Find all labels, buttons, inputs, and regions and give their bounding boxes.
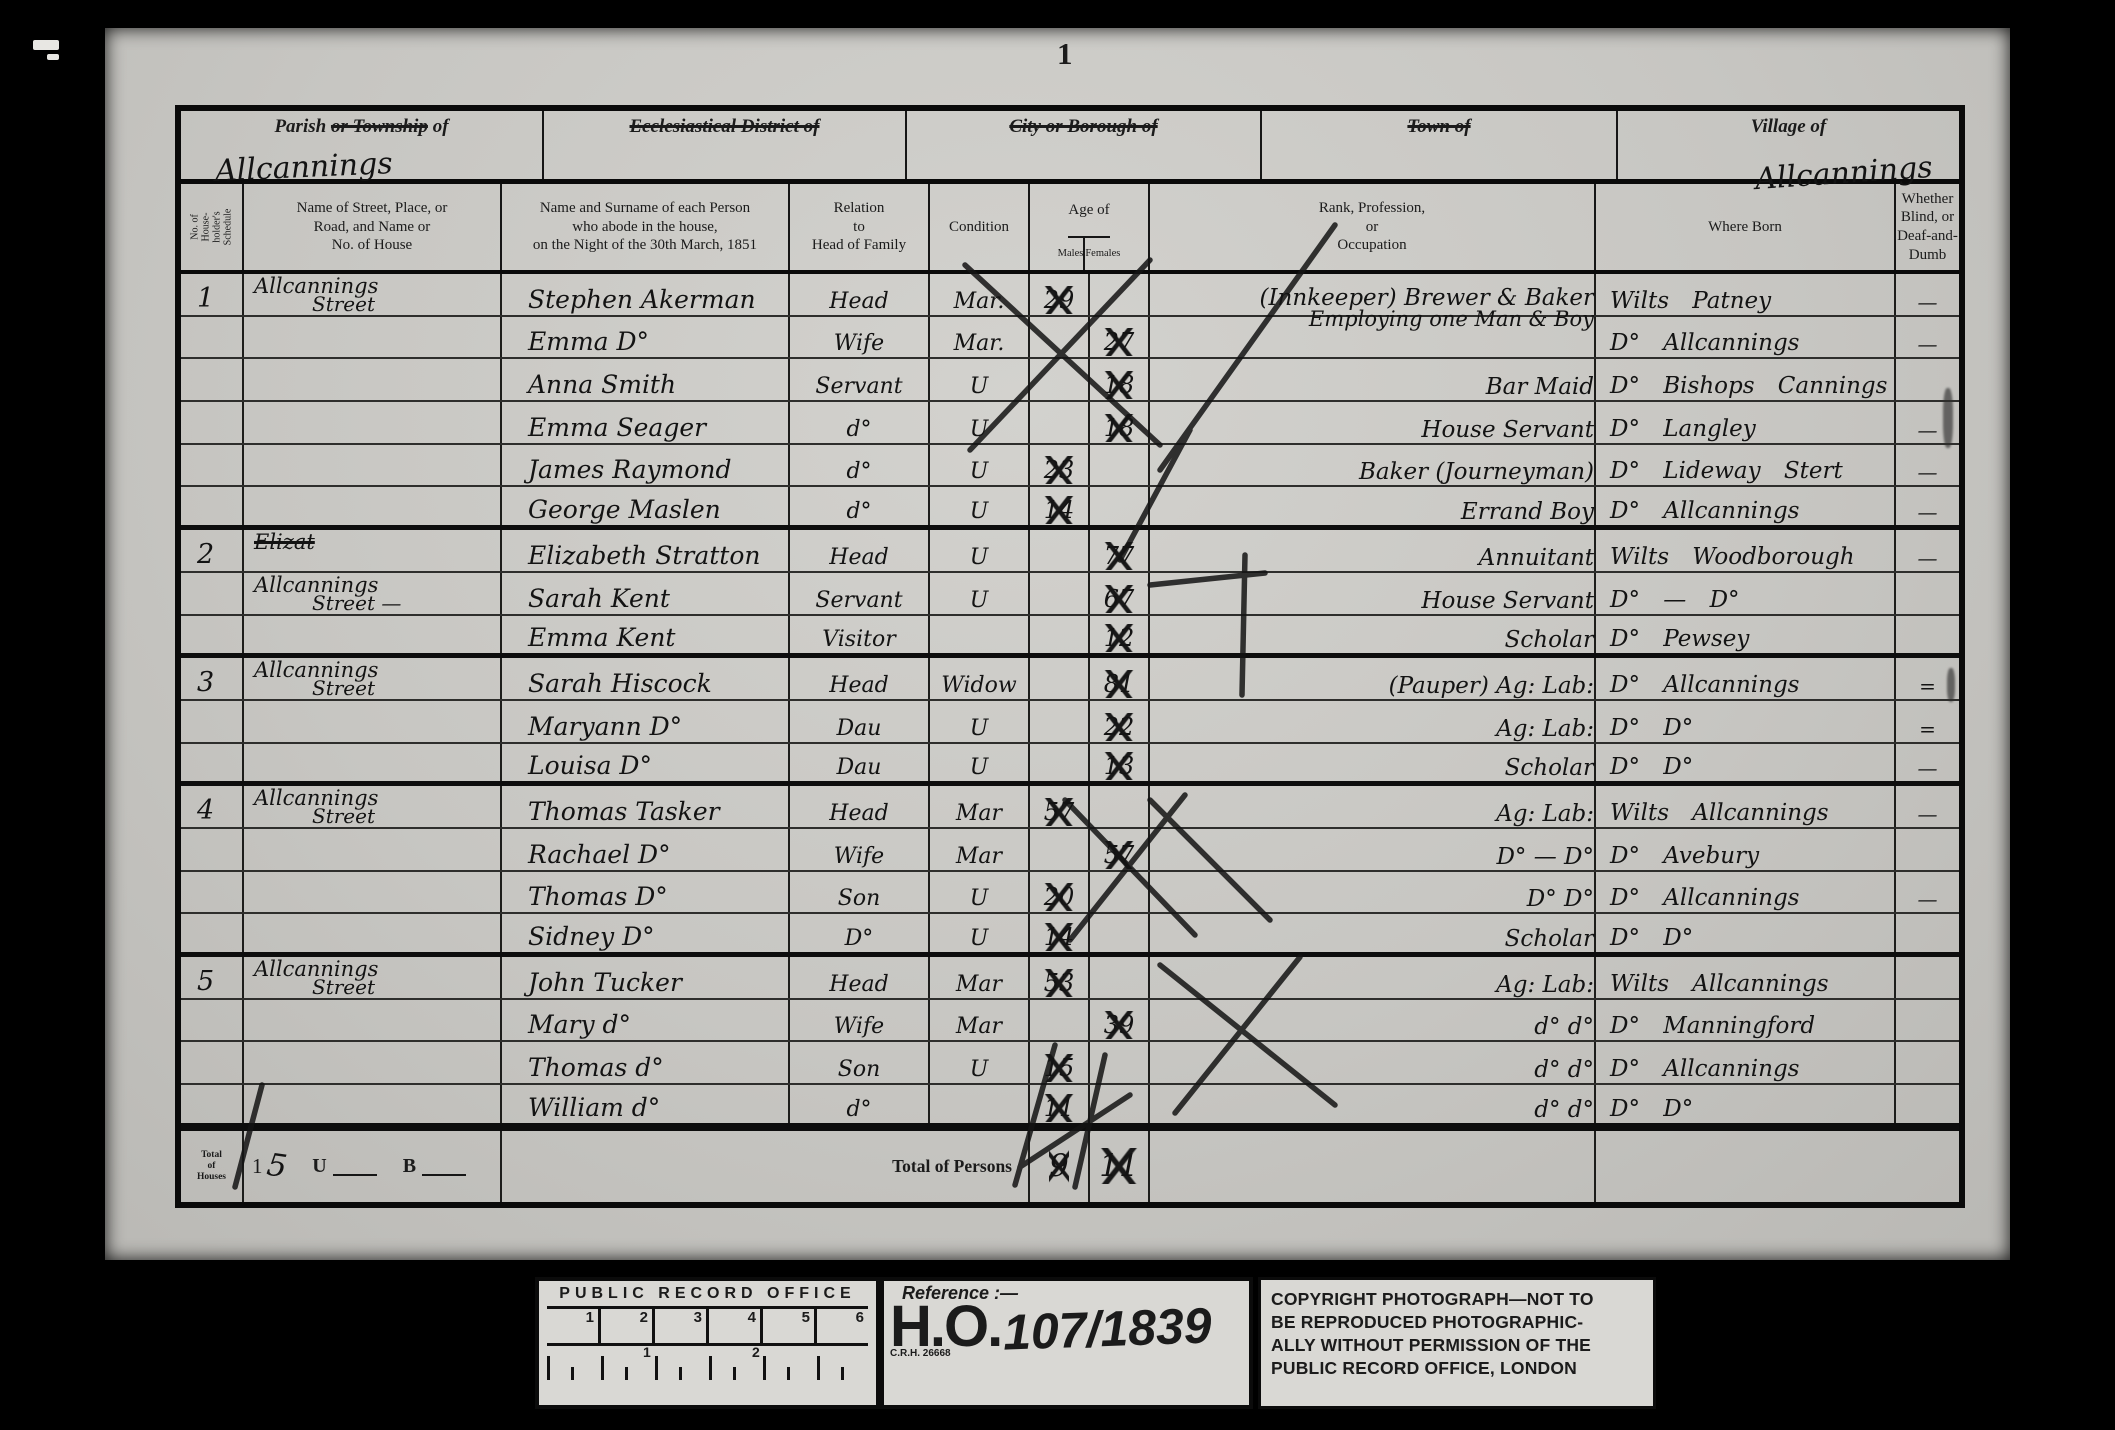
copyright-line-2: BE REPRODUCED PHOTOGRAPHIC- bbox=[1271, 1311, 1643, 1334]
blind-column-mark: = bbox=[1919, 674, 1936, 698]
relation-value: Servant bbox=[815, 374, 902, 399]
where-born-value: Wilts Patney bbox=[1596, 288, 1771, 314]
cell-schedule bbox=[181, 359, 244, 400]
cell-where-born: D° Manningford bbox=[1596, 1000, 1896, 1041]
cell-age-male bbox=[1030, 1000, 1090, 1041]
cell-relation: Dau bbox=[790, 744, 930, 782]
person-name: Thomas Tasker bbox=[502, 797, 720, 826]
cell-relation: Visitor bbox=[790, 616, 930, 654]
age-of-label: Age of bbox=[1068, 184, 1109, 238]
cell-schedule bbox=[181, 402, 244, 443]
blind-column-mark: — bbox=[1918, 460, 1938, 484]
person-name: James Raymond bbox=[502, 455, 732, 484]
cell-schedule bbox=[181, 829, 244, 870]
occupation-value: Scholar bbox=[1505, 756, 1594, 780]
cell-occupation: Ag: Lab: bbox=[1150, 701, 1596, 742]
cell-condition: Widow bbox=[930, 658, 1030, 699]
ruler-inch-number: 4 bbox=[748, 1309, 756, 1326]
occupation-value: D° D° bbox=[1527, 887, 1594, 911]
condition-value: U bbox=[970, 545, 989, 570]
relation-value: Visitor bbox=[822, 627, 895, 652]
reference-number: 107/1839 bbox=[1002, 1300, 1212, 1357]
occupation-value: (Pauper) Ag: Lab: bbox=[1389, 674, 1594, 698]
cell-where-born: D° D° bbox=[1596, 744, 1896, 782]
cell-schedule bbox=[181, 1085, 244, 1123]
uninhabited-label: U bbox=[312, 1155, 326, 1178]
condition-value: U bbox=[970, 588, 989, 613]
age-female-value: 12 bbox=[1101, 624, 1138, 652]
where-born-value: D° Allcannings bbox=[1596, 498, 1800, 524]
cell-schedule bbox=[181, 914, 244, 952]
cell-where-born: D° Bishops Cannings bbox=[1596, 359, 1896, 400]
cell-occupation: Scholar bbox=[1150, 914, 1596, 952]
cell-person-name: Emma Seager bbox=[502, 402, 790, 443]
cell-age-female bbox=[1090, 957, 1150, 998]
cell-blind: — bbox=[1896, 317, 1959, 358]
parish-label-post: of bbox=[433, 116, 449, 137]
city-label: City or Borough of bbox=[907, 116, 1260, 138]
cell-street bbox=[244, 744, 502, 782]
condition-value: Mar bbox=[956, 844, 1002, 869]
cell-age-male bbox=[1030, 616, 1090, 654]
age-female-value: 57 bbox=[1101, 841, 1138, 869]
cell-where-born: D° Lideway Stert bbox=[1596, 445, 1896, 486]
cell-age-male: 53 bbox=[1030, 957, 1090, 998]
cell-blind bbox=[1896, 573, 1959, 614]
relation-value: Head bbox=[829, 972, 888, 997]
census-row: 2ElizatElizabeth StrattonHeadU77Annuitan… bbox=[181, 530, 1959, 573]
cell-condition: U bbox=[930, 701, 1030, 742]
person-name: William d° bbox=[502, 1093, 660, 1122]
occupation-value: House Servant bbox=[1421, 589, 1594, 613]
col-header-person: Name and Surname of each Person who abod… bbox=[502, 184, 790, 270]
cell-where-born: D° Avebury bbox=[1596, 829, 1896, 870]
occupation-value: Scholar bbox=[1505, 628, 1594, 652]
where-born-value: D° D° bbox=[1596, 715, 1693, 741]
cell-age-female bbox=[1090, 1042, 1150, 1083]
cell-person-name: Emma Kent bbox=[502, 616, 790, 654]
scan-speck bbox=[33, 40, 59, 50]
col-header-born: Where Born bbox=[1596, 184, 1896, 270]
person-name: Elizabeth Stratton bbox=[502, 541, 760, 570]
cell-blind: — bbox=[1896, 744, 1959, 782]
person-name: Mary d° bbox=[502, 1010, 631, 1039]
condition-value: U bbox=[970, 1057, 989, 1082]
cell-street: AllcanningsStreet — bbox=[244, 573, 502, 614]
blind-column-mark: — bbox=[1918, 290, 1938, 314]
condition-value: Mar. bbox=[954, 331, 1005, 356]
males-label: Males bbox=[1058, 238, 1086, 270]
cell-schedule bbox=[181, 701, 244, 742]
scan-speck bbox=[47, 54, 59, 60]
where-born-value: D° Allcannings bbox=[1596, 330, 1800, 356]
cell-condition: U bbox=[930, 872, 1030, 913]
cell-person-name: Stephen Akerman bbox=[502, 274, 790, 315]
cell-street bbox=[244, 829, 502, 870]
ruler-inch-number: 2 bbox=[640, 1309, 648, 1326]
occupation-value-line2: Employing one Man & Boy bbox=[1309, 310, 1594, 328]
occupation-value: d° d° bbox=[1534, 1058, 1594, 1082]
col-header-schedule: No. of House- holder's Schedule bbox=[181, 184, 244, 270]
total-persons-label: Total of Persons bbox=[502, 1131, 1030, 1202]
ruler-inches: 123456 bbox=[547, 1306, 868, 1346]
where-born-value: D° Manningford bbox=[1596, 1013, 1815, 1039]
col-header-rank: Rank, Profession, or Occupation bbox=[1150, 184, 1596, 270]
relation-value: Son bbox=[838, 886, 881, 911]
person-name: Louisa D° bbox=[502, 751, 652, 780]
cell-where-born: D° — D° bbox=[1596, 573, 1896, 614]
col-header-relation: Relation to Head of Family bbox=[790, 184, 930, 270]
where-born-value: D° Allcannings bbox=[1596, 885, 1800, 911]
occupation-value: Ag: Lab: bbox=[1496, 973, 1594, 997]
cell-street bbox=[244, 359, 502, 400]
cell-age-female bbox=[1090, 487, 1150, 525]
census-row: Thomas D°SonU20D° D°D° Allcannings— bbox=[181, 872, 1959, 915]
building-blank-line bbox=[422, 1156, 466, 1176]
ruler-inch-cell: 1 bbox=[547, 1309, 601, 1343]
cell-age-male: 20 bbox=[1030, 872, 1090, 913]
ruler-inch-cell: 4 bbox=[709, 1309, 763, 1343]
cell-age-female: 27 bbox=[1090, 317, 1150, 358]
relation-value: Wife bbox=[834, 331, 884, 356]
cell-blind: = bbox=[1896, 658, 1959, 699]
condition-value: U bbox=[970, 374, 989, 399]
age-male-value: 20 bbox=[1041, 883, 1078, 911]
cell-occupation: D° — D° bbox=[1150, 829, 1596, 870]
cell-age-male bbox=[1030, 317, 1090, 358]
cell-where-born: Wilts Patney bbox=[1596, 274, 1896, 315]
occupation-value: d° d° bbox=[1534, 1098, 1594, 1122]
cell-street: AllcanningsStreet bbox=[244, 957, 502, 998]
cell-person-name: Thomas Tasker bbox=[502, 786, 790, 827]
age-female-value: 18 bbox=[1101, 371, 1138, 399]
cell-street bbox=[244, 616, 502, 654]
cell-street bbox=[244, 1085, 502, 1123]
condition-value: U bbox=[970, 886, 989, 911]
age-female-value: 81 bbox=[1101, 670, 1138, 698]
totals-blank-cell bbox=[1596, 1131, 1959, 1202]
cell-schedule bbox=[181, 1042, 244, 1083]
cell-relation: d° bbox=[790, 487, 930, 525]
copyright-line-1: COPYRIGHT PHOTOGRAPH—NOT TO bbox=[1271, 1288, 1643, 1311]
person-name: Thomas d° bbox=[502, 1053, 664, 1082]
cell-street: Elizat bbox=[244, 530, 502, 571]
cell-street: AllcanningsStreet bbox=[244, 786, 502, 827]
condition-value: Mar bbox=[956, 1014, 1002, 1039]
census-row: Thomas d°SonU15d° d°D° Allcannings bbox=[181, 1042, 1959, 1085]
census-row: Anna SmithServantU18Bar MaidD° Bishops C… bbox=[181, 359, 1959, 402]
ruler-inch-cell: 5 bbox=[763, 1309, 817, 1343]
cell-where-born: D° Allcannings bbox=[1596, 487, 1896, 525]
census-row: 5AllcanningsStreetJohn TuckerHeadMar53Ag… bbox=[181, 957, 1959, 1000]
age-male-value: 29 bbox=[1041, 286, 1078, 314]
reference-stamp: Reference :— H.O. 107/1839 C.R.H. 26668 bbox=[880, 1277, 1253, 1409]
relation-value: d° bbox=[846, 499, 871, 524]
cell-where-born: D° D° bbox=[1596, 914, 1896, 952]
schedule-number: 5 bbox=[181, 966, 214, 997]
town-label: Town of bbox=[1262, 116, 1616, 138]
cell-blind bbox=[1896, 1085, 1959, 1123]
cell-person-name: Anna Smith bbox=[502, 359, 790, 400]
cell-relation: Servant bbox=[790, 573, 930, 614]
parish-header-cell: Parish or Township of Allcannings bbox=[181, 111, 544, 179]
census-row: William d°d°11d° d°D° D° bbox=[181, 1085, 1959, 1128]
cell-occupation: d° d° bbox=[1150, 1085, 1596, 1123]
cell-age-male: 29 bbox=[1030, 274, 1090, 315]
cell-where-born: Wilts Allcannings bbox=[1596, 786, 1896, 827]
blind-column-mark: — bbox=[1918, 332, 1938, 356]
cell-person-name: Sidney D° bbox=[502, 914, 790, 952]
village-label: Village of bbox=[1618, 116, 1959, 138]
person-name: Emma Seager bbox=[502, 413, 706, 442]
census-row: Maryann D°DauU22Ag: Lab:D° D°= bbox=[181, 701, 1959, 744]
cell-relation: Head bbox=[790, 658, 930, 699]
cell-age-male bbox=[1030, 744, 1090, 782]
cell-condition: U bbox=[930, 359, 1030, 400]
census-row: James Raymondd°U23Baker (Journeyman)D° L… bbox=[181, 445, 1959, 488]
cell-age-male bbox=[1030, 530, 1090, 571]
cell-blind bbox=[1896, 957, 1959, 998]
census-row: George Maslend°U14Errand BoyD° Allcannin… bbox=[181, 487, 1959, 530]
cell-age-female bbox=[1090, 1085, 1150, 1123]
cell-person-name: James Raymond bbox=[502, 445, 790, 486]
occupation-value: D° — D° bbox=[1496, 845, 1594, 869]
col-header-street: Name of Street, Place, or Road, and Name… bbox=[244, 184, 502, 270]
census-row: Emma KentVisitor12ScholarD° Pewsey bbox=[181, 616, 1959, 659]
cell-age-female bbox=[1090, 914, 1150, 952]
schedule-number: 3 bbox=[181, 667, 214, 698]
ruler-inch-cell: 3 bbox=[655, 1309, 709, 1343]
census-row: Emma Seagerd°U18House ServantD° Langley— bbox=[181, 402, 1959, 445]
cell-where-born: D° Allcannings bbox=[1596, 658, 1896, 699]
cell-age-male bbox=[1030, 658, 1090, 699]
building-label: B bbox=[403, 1155, 416, 1178]
cell-blind: — bbox=[1896, 487, 1959, 525]
cell-schedule bbox=[181, 317, 244, 358]
cell-occupation: Scholar bbox=[1150, 616, 1596, 654]
condition-value: U bbox=[970, 459, 989, 484]
census-row: Mary d°WifeMar39d° d°D° Manningford bbox=[181, 1000, 1959, 1043]
cell-blind: — bbox=[1896, 445, 1959, 486]
condition-value: Mar bbox=[956, 801, 1002, 826]
cell-where-born: D° Langley bbox=[1596, 402, 1896, 443]
person-name: Emma D° bbox=[502, 327, 649, 356]
age-female-value: 18 bbox=[1101, 414, 1138, 442]
ruler-inch-number: 3 bbox=[694, 1309, 702, 1326]
cell-age-male bbox=[1030, 359, 1090, 400]
age-female-value: 67 bbox=[1101, 585, 1138, 613]
cell-condition: U bbox=[930, 402, 1030, 443]
cell-relation: Head bbox=[790, 274, 930, 315]
cell-person-name: Sarah Hiscock bbox=[502, 658, 790, 699]
cell-relation: Wife bbox=[790, 1000, 930, 1041]
census-row: AllcanningsStreet —Sarah KentServantU67H… bbox=[181, 573, 1959, 616]
census-scan-page: 1 Parish or Township of Allcannings Eccl… bbox=[0, 0, 2115, 1430]
age-male-value: 15 bbox=[1041, 1054, 1078, 1082]
age-female-value: 22 bbox=[1101, 713, 1138, 741]
cell-relation: Wife bbox=[790, 317, 930, 358]
cell-relation: d° bbox=[790, 1085, 930, 1123]
relation-value: Son bbox=[838, 1057, 881, 1082]
relation-value: Dau bbox=[837, 755, 882, 780]
parish-label-struck: or Township bbox=[331, 116, 428, 137]
total-females-value: 11 bbox=[1099, 1148, 1138, 1184]
cell-street bbox=[244, 1000, 502, 1041]
census-row: 1AllcanningsStreetStephen AkermanHeadMar… bbox=[181, 274, 1959, 317]
age-male-value: 14 bbox=[1041, 496, 1078, 524]
cell-condition: Mar. bbox=[930, 317, 1030, 358]
cell-street: AllcanningsStreet bbox=[244, 274, 502, 315]
where-born-value: D° D° bbox=[1596, 1096, 1693, 1122]
females-label: Females bbox=[1085, 238, 1120, 270]
cell-occupation: House Servant bbox=[1150, 573, 1596, 614]
cell-person-name: Elizabeth Stratton bbox=[502, 530, 790, 571]
cell-street bbox=[244, 402, 502, 443]
cell-blind bbox=[1896, 359, 1959, 400]
where-born-value: D° Bishops Cannings bbox=[1596, 373, 1887, 399]
form-header-band: Parish or Township of Allcannings Eccles… bbox=[181, 111, 1959, 184]
relation-value: Wife bbox=[834, 844, 884, 869]
cell-street bbox=[244, 487, 502, 525]
schedule-number: 1 bbox=[181, 283, 214, 314]
census-row: Rachael D°WifeMar57D° — D°D° Avebury bbox=[181, 829, 1959, 872]
cell-street: AllcanningsStreet bbox=[244, 658, 502, 699]
schedule-number: 2 bbox=[181, 539, 214, 570]
cell-blind: — bbox=[1896, 274, 1959, 315]
cell-street bbox=[244, 1042, 502, 1083]
person-name: Rachael D° bbox=[502, 840, 671, 869]
cell-schedule bbox=[181, 1000, 244, 1041]
cell-blind bbox=[1896, 616, 1959, 654]
cell-street bbox=[244, 914, 502, 952]
cell-age-female bbox=[1090, 274, 1150, 315]
blind-column-mark: — bbox=[1918, 802, 1938, 826]
condition-value: Mar bbox=[956, 972, 1002, 997]
cell-age-female: 67 bbox=[1090, 573, 1150, 614]
parish-label-pre: Parish bbox=[274, 116, 326, 137]
cell-where-born: D° Pewsey bbox=[1596, 616, 1896, 654]
cell-blind: — bbox=[1896, 786, 1959, 827]
cell-relation: D° bbox=[790, 914, 930, 952]
cell-age-male bbox=[1030, 829, 1090, 870]
census-rows: 1AllcanningsStreetStephen AkermanHeadMar… bbox=[181, 274, 1959, 1128]
street-name-struck: Elizat bbox=[244, 531, 500, 553]
cell-condition: Mar bbox=[930, 957, 1030, 998]
cell-blind: — bbox=[1896, 402, 1959, 443]
relation-value: Head bbox=[829, 673, 888, 698]
cell-schedule bbox=[181, 445, 244, 486]
cell-age-female bbox=[1090, 786, 1150, 827]
where-born-value: D° Pewsey bbox=[1596, 626, 1749, 652]
cell-occupation: D° D° bbox=[1150, 872, 1596, 913]
cell-condition: U bbox=[930, 744, 1030, 782]
cell-person-name: Thomas d° bbox=[502, 1042, 790, 1083]
cell-age-male: 15 bbox=[1030, 1042, 1090, 1083]
cell-street bbox=[244, 872, 502, 913]
ruler-inch-cell: 6 bbox=[817, 1309, 868, 1343]
person-name: George Maslen bbox=[502, 495, 721, 524]
cell-blind bbox=[1896, 1000, 1959, 1041]
age-male-value: 23 bbox=[1041, 456, 1078, 484]
cell-where-born: D° Allcannings bbox=[1596, 317, 1896, 358]
cell-age-male bbox=[1030, 573, 1090, 614]
person-name: Sarah Hiscock bbox=[502, 669, 712, 698]
where-born-value: D° D° bbox=[1596, 754, 1693, 780]
cell-age-male bbox=[1030, 402, 1090, 443]
cell-age-female: 13 bbox=[1090, 744, 1150, 782]
ecclesiastical-label: Ecclesiastical District of bbox=[544, 116, 905, 138]
cell-blind: = bbox=[1896, 701, 1959, 742]
cell-occupation: (Pauper) Ag: Lab: bbox=[1150, 658, 1596, 699]
cell-condition: U bbox=[930, 1042, 1030, 1083]
cell-blind bbox=[1896, 829, 1959, 870]
relation-value: Head bbox=[829, 289, 888, 314]
cell-person-name: Louisa D° bbox=[502, 744, 790, 782]
cell-where-born: D° D° bbox=[1596, 701, 1896, 742]
age-male-value: 53 bbox=[1041, 969, 1078, 997]
person-name: Stephen Akerman bbox=[502, 285, 756, 314]
parish-value-handwritten: Allcannings bbox=[214, 146, 393, 189]
cell-age-female: 18 bbox=[1090, 402, 1150, 443]
occupation-value: Scholar bbox=[1505, 927, 1594, 951]
ruler-inch-cell: 2 bbox=[601, 1309, 655, 1343]
cell-occupation: d° d° bbox=[1150, 1042, 1596, 1083]
cell-occupation: Errand Boy bbox=[1150, 487, 1596, 525]
cell-schedule bbox=[181, 487, 244, 525]
total-houses-values: 1 5 U B bbox=[244, 1131, 502, 1202]
column-header-band: No. of House- holder's Schedule Name of … bbox=[181, 184, 1959, 274]
cell-occupation: Scholar bbox=[1150, 744, 1596, 782]
cell-street bbox=[244, 317, 502, 358]
cell-schedule: 5 bbox=[181, 957, 244, 998]
ruler-centimetres: 1 2 bbox=[547, 1348, 868, 1380]
ruler-inch-number: 1 bbox=[586, 1309, 594, 1326]
occupation-value: Baker (Journeyman) bbox=[1359, 460, 1594, 484]
age-male-value: 57 bbox=[1041, 798, 1078, 826]
ecclesiastical-header-cell: Ecclesiastical District of bbox=[544, 111, 907, 179]
person-name: Anna Smith bbox=[502, 370, 676, 399]
occupation-value: Ag: Lab: bbox=[1496, 717, 1594, 741]
condition-value: Mar. bbox=[954, 289, 1005, 314]
cell-condition: Mar bbox=[930, 786, 1030, 827]
totals-blank-cell bbox=[1150, 1131, 1596, 1202]
cell-age-female: 12 bbox=[1090, 616, 1150, 654]
census-row: Sidney D°D°U14ScholarD° D° bbox=[181, 914, 1959, 957]
condition-value: U bbox=[970, 755, 989, 780]
cell-schedule: 2 bbox=[181, 530, 244, 571]
cell-schedule: 3 bbox=[181, 658, 244, 699]
copyright-line-4: PUBLIC RECORD OFFICE, LONDON bbox=[1271, 1357, 1643, 1380]
cell-age-male: 23 bbox=[1030, 445, 1090, 486]
total-males-value: 9 bbox=[1049, 1148, 1069, 1184]
uninhabited-blank-line bbox=[333, 1156, 377, 1176]
where-born-value: Wilts Allcannings bbox=[1596, 971, 1829, 997]
cell-age-male: 14 bbox=[1030, 914, 1090, 952]
col-header-age: Age of Males Females bbox=[1030, 184, 1150, 270]
pro-title: PUBLIC RECORD OFFICE bbox=[547, 1285, 868, 1303]
condition-value: U bbox=[970, 926, 989, 951]
cell-where-born: Wilts Allcannings bbox=[1596, 957, 1896, 998]
cell-person-name: Sarah Kent bbox=[502, 573, 790, 614]
condition-value: Widow bbox=[941, 673, 1016, 698]
relation-value: Dau bbox=[837, 716, 882, 741]
cell-age-male: 14 bbox=[1030, 487, 1090, 525]
person-name: John Tucker bbox=[502, 968, 682, 997]
cell-condition bbox=[930, 616, 1030, 654]
cell-person-name: Rachael D° bbox=[502, 829, 790, 870]
cell-occupation: House Servant bbox=[1150, 402, 1596, 443]
total-persons-males-cell: 9 bbox=[1030, 1131, 1090, 1202]
